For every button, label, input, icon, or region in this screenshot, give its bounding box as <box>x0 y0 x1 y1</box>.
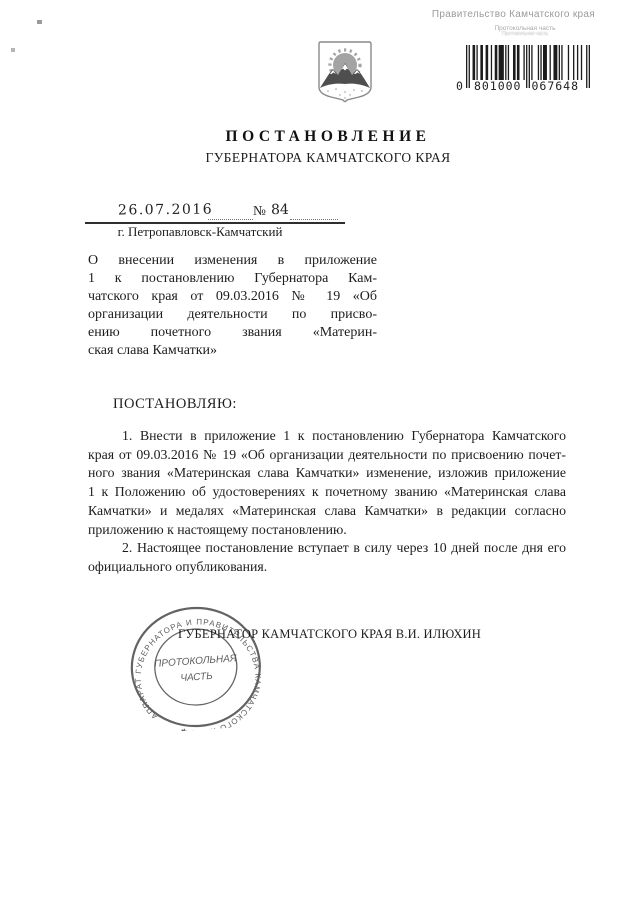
stamp-center-line1: ПРОТОКОЛЬНАЯ <box>154 653 237 670</box>
document-title-block: ПОСТАНОВЛЕНИЕ ГУБЕРНАТОРА КАМЧАТСКОГО КР… <box>16 128 640 166</box>
decree-body: 1. Внести в приложение 1 к постановлению… <box>88 427 566 577</box>
body-line: приложению к настоящему постановлению. <box>88 521 566 540</box>
body-line: 1 к Положению об удостоверениях к почетн… <box>88 483 566 502</box>
decree-number: 84 <box>271 202 289 218</box>
subject-line: ская слава Камчатки» <box>88 342 377 360</box>
barcode-group2: 067648 <box>530 80 580 93</box>
corner-org-label: Правительство Камчатского края <box>432 9 595 20</box>
body-line: ного звания «Материнская слава Камчатки»… <box>88 464 566 483</box>
protocol-stamp: АППАРАТ ГУБЕРНАТОРА И ПРАВИТЕЛЬСТВА КАМЧ… <box>124 599 269 739</box>
body-line: Камчатки» и медалях «Материнская слава К… <box>88 502 566 521</box>
fill-dots <box>290 201 338 220</box>
number-sign: № <box>253 203 266 219</box>
subject-line: чатского края от 09.03.2016 № 19 «Об <box>88 288 377 306</box>
subject-line: организации деятельности по присво- <box>88 306 377 324</box>
decree-date: 26.07.2016 <box>118 202 213 219</box>
body-line: 1. Внести в приложение 1 к постановлению… <box>88 427 566 446</box>
corner-dept-label-smudge: Протокольная часть <box>458 31 592 37</box>
decree-word: ПОСТАНОВЛЯЮ: <box>113 396 237 413</box>
barcode-digits: 0 801000 067648 <box>455 80 595 93</box>
body-line: 2. Настоящее постановление вступает в си… <box>88 539 566 558</box>
fill-dots <box>208 201 253 220</box>
scan-speck <box>11 48 15 52</box>
subject-line: 1 к постановлению Губернатора Кам- <box>88 270 377 288</box>
subject-line: О внесении изменения в приложение <box>88 252 377 270</box>
decree-place: г. Петропавловск-Камчатский <box>85 224 315 240</box>
body-line: официального опубликования. <box>88 558 566 577</box>
scan-speck <box>37 20 42 24</box>
decree-subject: О внесении изменения в приложение 1 к по… <box>88 252 377 360</box>
decree-document-page: Правительство Камчатского края Протоколь… <box>0 0 640 905</box>
kamchatka-coat-of-arms-icon <box>316 40 374 111</box>
barcode-group1: 801000 <box>473 80 523 93</box>
stamp-center-line2: ЧАСТЬ <box>180 671 213 684</box>
body-line: края от 09.03.2016 № 19 «Об организации … <box>88 446 566 465</box>
document-issuer-title: ГУБЕРНАТОРА КАМЧАТСКОГО КРАЯ <box>16 150 640 166</box>
document-type-title: ПОСТАНОВЛЕНИЕ <box>16 128 640 146</box>
requisites-line: 26.07.2016 № 84 <box>85 201 345 224</box>
subject-line: ению почетного звания «Материн- <box>88 324 377 342</box>
barcode-lead-digit: 0 <box>455 80 465 93</box>
